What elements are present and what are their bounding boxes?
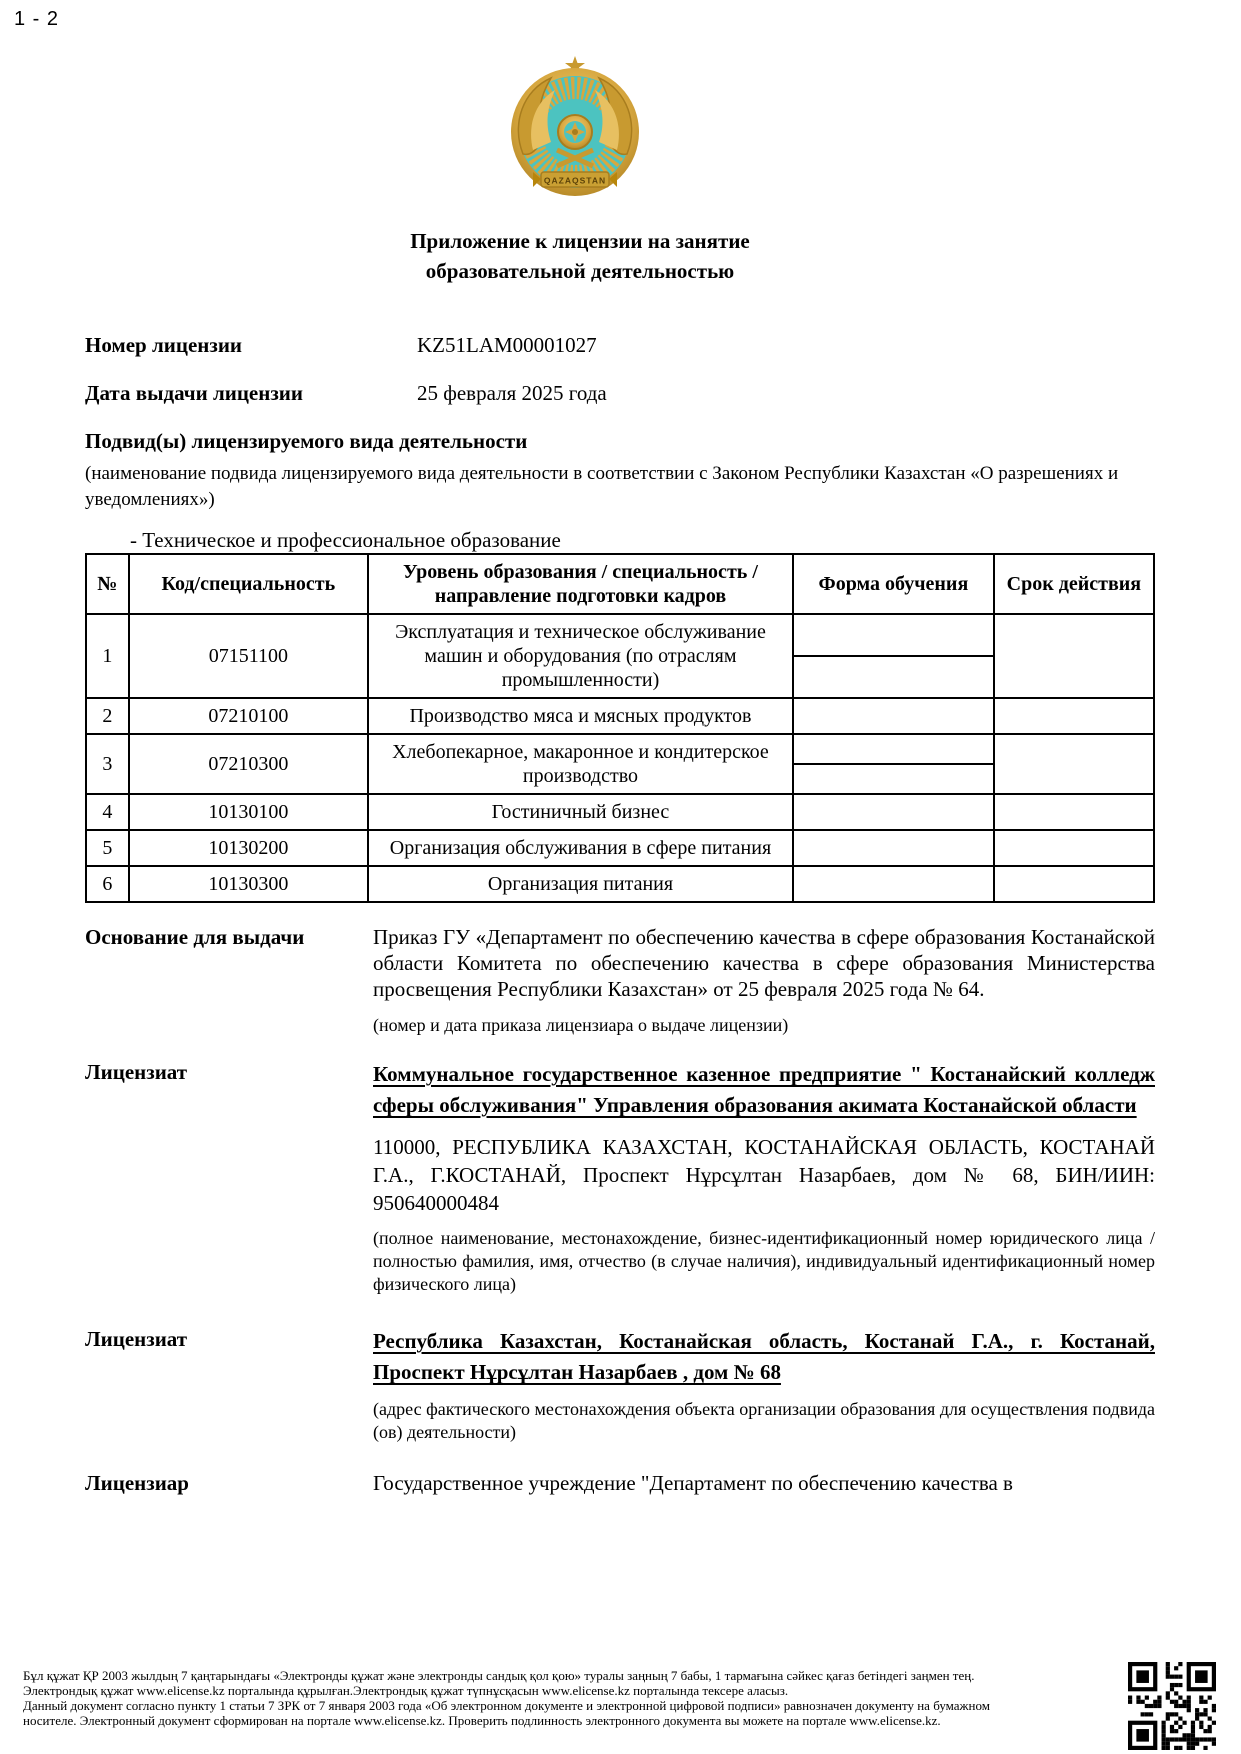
licensor-text: Государственное учреждение "Департамент … <box>373 1470 1155 1497</box>
table-cell-form <box>793 698 994 734</box>
basis-text: Приказ ГУ «Департамент по обеспечению ка… <box>373 924 1155 1002</box>
table-cell-num: 3 <box>86 734 129 794</box>
legal-footer-line: Данный документ согласно пункту 1 статьи… <box>23 1698 1115 1713</box>
table-header-cell: Срок действия <box>994 554 1154 614</box>
table-header-cell: Код/специальность <box>129 554 368 614</box>
table-row: 307210300Хлебопекарное, макаронное и кон… <box>86 734 1154 764</box>
subtype-category: - Техническое и профессиональное образов… <box>85 527 1155 554</box>
qr-code <box>1128 1662 1216 1750</box>
document-title-line2: образовательной деятельностью <box>85 256 1075 286</box>
table-cell-code: 10130300 <box>129 866 368 902</box>
table-row: 610130300Организация питания <box>86 866 1154 902</box>
license-number-label: Номер лицензии <box>85 332 373 359</box>
table-cell-term <box>994 698 1154 734</box>
issue-date-row: Дата выдачи лицензии 25 февраля 2025 год… <box>85 380 1155 407</box>
table-cell-code: 07210100 <box>129 698 368 734</box>
subtype-heading: Подвид(ы) лицензируемого вида деятельнос… <box>85 428 1155 455</box>
licensee2-note: (адрес фактического местонахождения объе… <box>373 1398 1155 1444</box>
subtypes-table-wrap: №Код/специальностьУровень образования / … <box>85 553 1155 903</box>
table-cell-form <box>793 830 994 866</box>
subtype-note: (наименование подвида лицензируемого вид… <box>85 461 1155 513</box>
page-number: 1 - 2 <box>14 8 59 31</box>
table-cell-level: Эксплуатация и техническое обслуживание … <box>368 614 793 698</box>
document-page: 1 - 2 <box>0 0 1241 1754</box>
table-row: 207210100Производство мяса и мясных прод… <box>86 698 1154 734</box>
table-cell-level: Организация обслуживания в сфере питания <box>368 830 793 866</box>
table-cell-code: 10130200 <box>129 830 368 866</box>
subtypes-table-body: 107151100Эксплуатация и техническое обсл… <box>86 614 1154 902</box>
table-cell-num: 4 <box>86 794 129 830</box>
table-cell-form <box>793 656 994 698</box>
table-cell-form <box>793 614 994 656</box>
legal-footer-line: носителе. Электронный документ сформиров… <box>23 1713 1115 1728</box>
svg-text:QAZAQSTAN: QAZAQSTAN <box>544 176 606 186</box>
licensor-label: Лицензиар <box>85 1470 373 1497</box>
license-fields: Номер лицензии KZ51LAM00001027 Дата выда… <box>85 332 1155 428</box>
table-row: 107151100Эксплуатация и техническое обсл… <box>86 614 1154 656</box>
table-cell-form <box>793 866 994 902</box>
table-header-cell: Уровень образования / специальность / на… <box>368 554 793 614</box>
table-cell-code: 07210300 <box>129 734 368 794</box>
licensor-row: Лицензиар Государственное учреждение "Де… <box>85 1470 1155 1497</box>
licensee1-row: Лицензиат Коммунальное государственное к… <box>85 1059 1155 1296</box>
legal-footer-line: Бұл құжат ҚР 2003 жылдың 7 қаңтарындағы … <box>23 1668 1115 1683</box>
licensee2-row: Лицензиат Республика Казахстан, Костанай… <box>85 1326 1155 1444</box>
table-cell-code: 10130100 <box>129 794 368 830</box>
table-cell-num: 1 <box>86 614 129 698</box>
license-number-value: KZ51LAM00001027 <box>373 332 1155 359</box>
table-cell-form <box>793 734 994 764</box>
issue-date-label: Дата выдачи лицензии <box>85 380 373 407</box>
table-cell-num: 5 <box>86 830 129 866</box>
document-title-line1: Приложение к лицензии на занятие <box>85 226 1075 256</box>
table-cell-num: 6 <box>86 866 129 902</box>
table-cell-form <box>793 764 994 794</box>
subtype-section: Подвид(ы) лицензируемого вида деятельнос… <box>85 428 1155 554</box>
licensee1-label: Лицензиат <box>85 1059 373 1296</box>
table-cell-level: Организация питания <box>368 866 793 902</box>
table-cell-form <box>793 794 994 830</box>
table-row: 410130100Гостиничный бизнес <box>86 794 1154 830</box>
table-cell-term <box>994 830 1154 866</box>
table-cell-term <box>994 614 1154 698</box>
table-row: 510130200Организация обслуживания в сфер… <box>86 830 1154 866</box>
table-cell-term <box>994 866 1154 902</box>
subtypes-table: №Код/специальностьУровень образования / … <box>85 553 1155 903</box>
table-cell-term <box>994 734 1154 794</box>
table-cell-code: 07151100 <box>129 614 368 698</box>
document-title: Приложение к лицензии на занятие образов… <box>85 226 1075 286</box>
basis-label: Основание для выдачи <box>85 924 373 1037</box>
licensee2-name: Республика Казахстан, Костанайская облас… <box>373 1326 1155 1388</box>
issue-date-value: 25 февраля 2025 года <box>373 380 1155 407</box>
table-header-row: №Код/специальностьУровень образования / … <box>86 554 1154 614</box>
licensee2-label: Лицензиат <box>85 1326 373 1444</box>
licensee1-note: (полное наименование, местонахождение, б… <box>373 1227 1155 1296</box>
details-section: Основание для выдачи Приказ ГУ «Департам… <box>85 924 1155 1497</box>
table-cell-term <box>994 794 1154 830</box>
table-header-cell: Форма обучения <box>793 554 994 614</box>
table-header-cell: № <box>86 554 129 614</box>
licensee1-name: Коммунальное государственное казенное пр… <box>373 1059 1155 1121</box>
table-cell-num: 2 <box>86 698 129 734</box>
license-number-row: Номер лицензии KZ51LAM00001027 <box>85 332 1155 359</box>
kazakhstan-emblem-icon: QAZAQSTAN <box>503 54 647 204</box>
legal-footer: Бұл құжат ҚР 2003 жылдың 7 қаңтарындағы … <box>23 1668 1115 1728</box>
basis-note: (номер и дата приказа лицензиара о выдач… <box>373 1014 1155 1037</box>
basis-row: Основание для выдачи Приказ ГУ «Департам… <box>85 924 1155 1037</box>
table-cell-level: Производство мяса и мясных продуктов <box>368 698 793 734</box>
licensee1-address: 110000, РЕСПУБЛИКА КАЗАХСТАН, КОСТАНАЙСК… <box>373 1133 1155 1217</box>
legal-footer-line: Электрондық құжат www.elicense.kz портал… <box>23 1683 1115 1698</box>
table-cell-level: Гостиничный бизнес <box>368 794 793 830</box>
table-cell-level: Хлебопекарное, макаронное и кондитерское… <box>368 734 793 794</box>
